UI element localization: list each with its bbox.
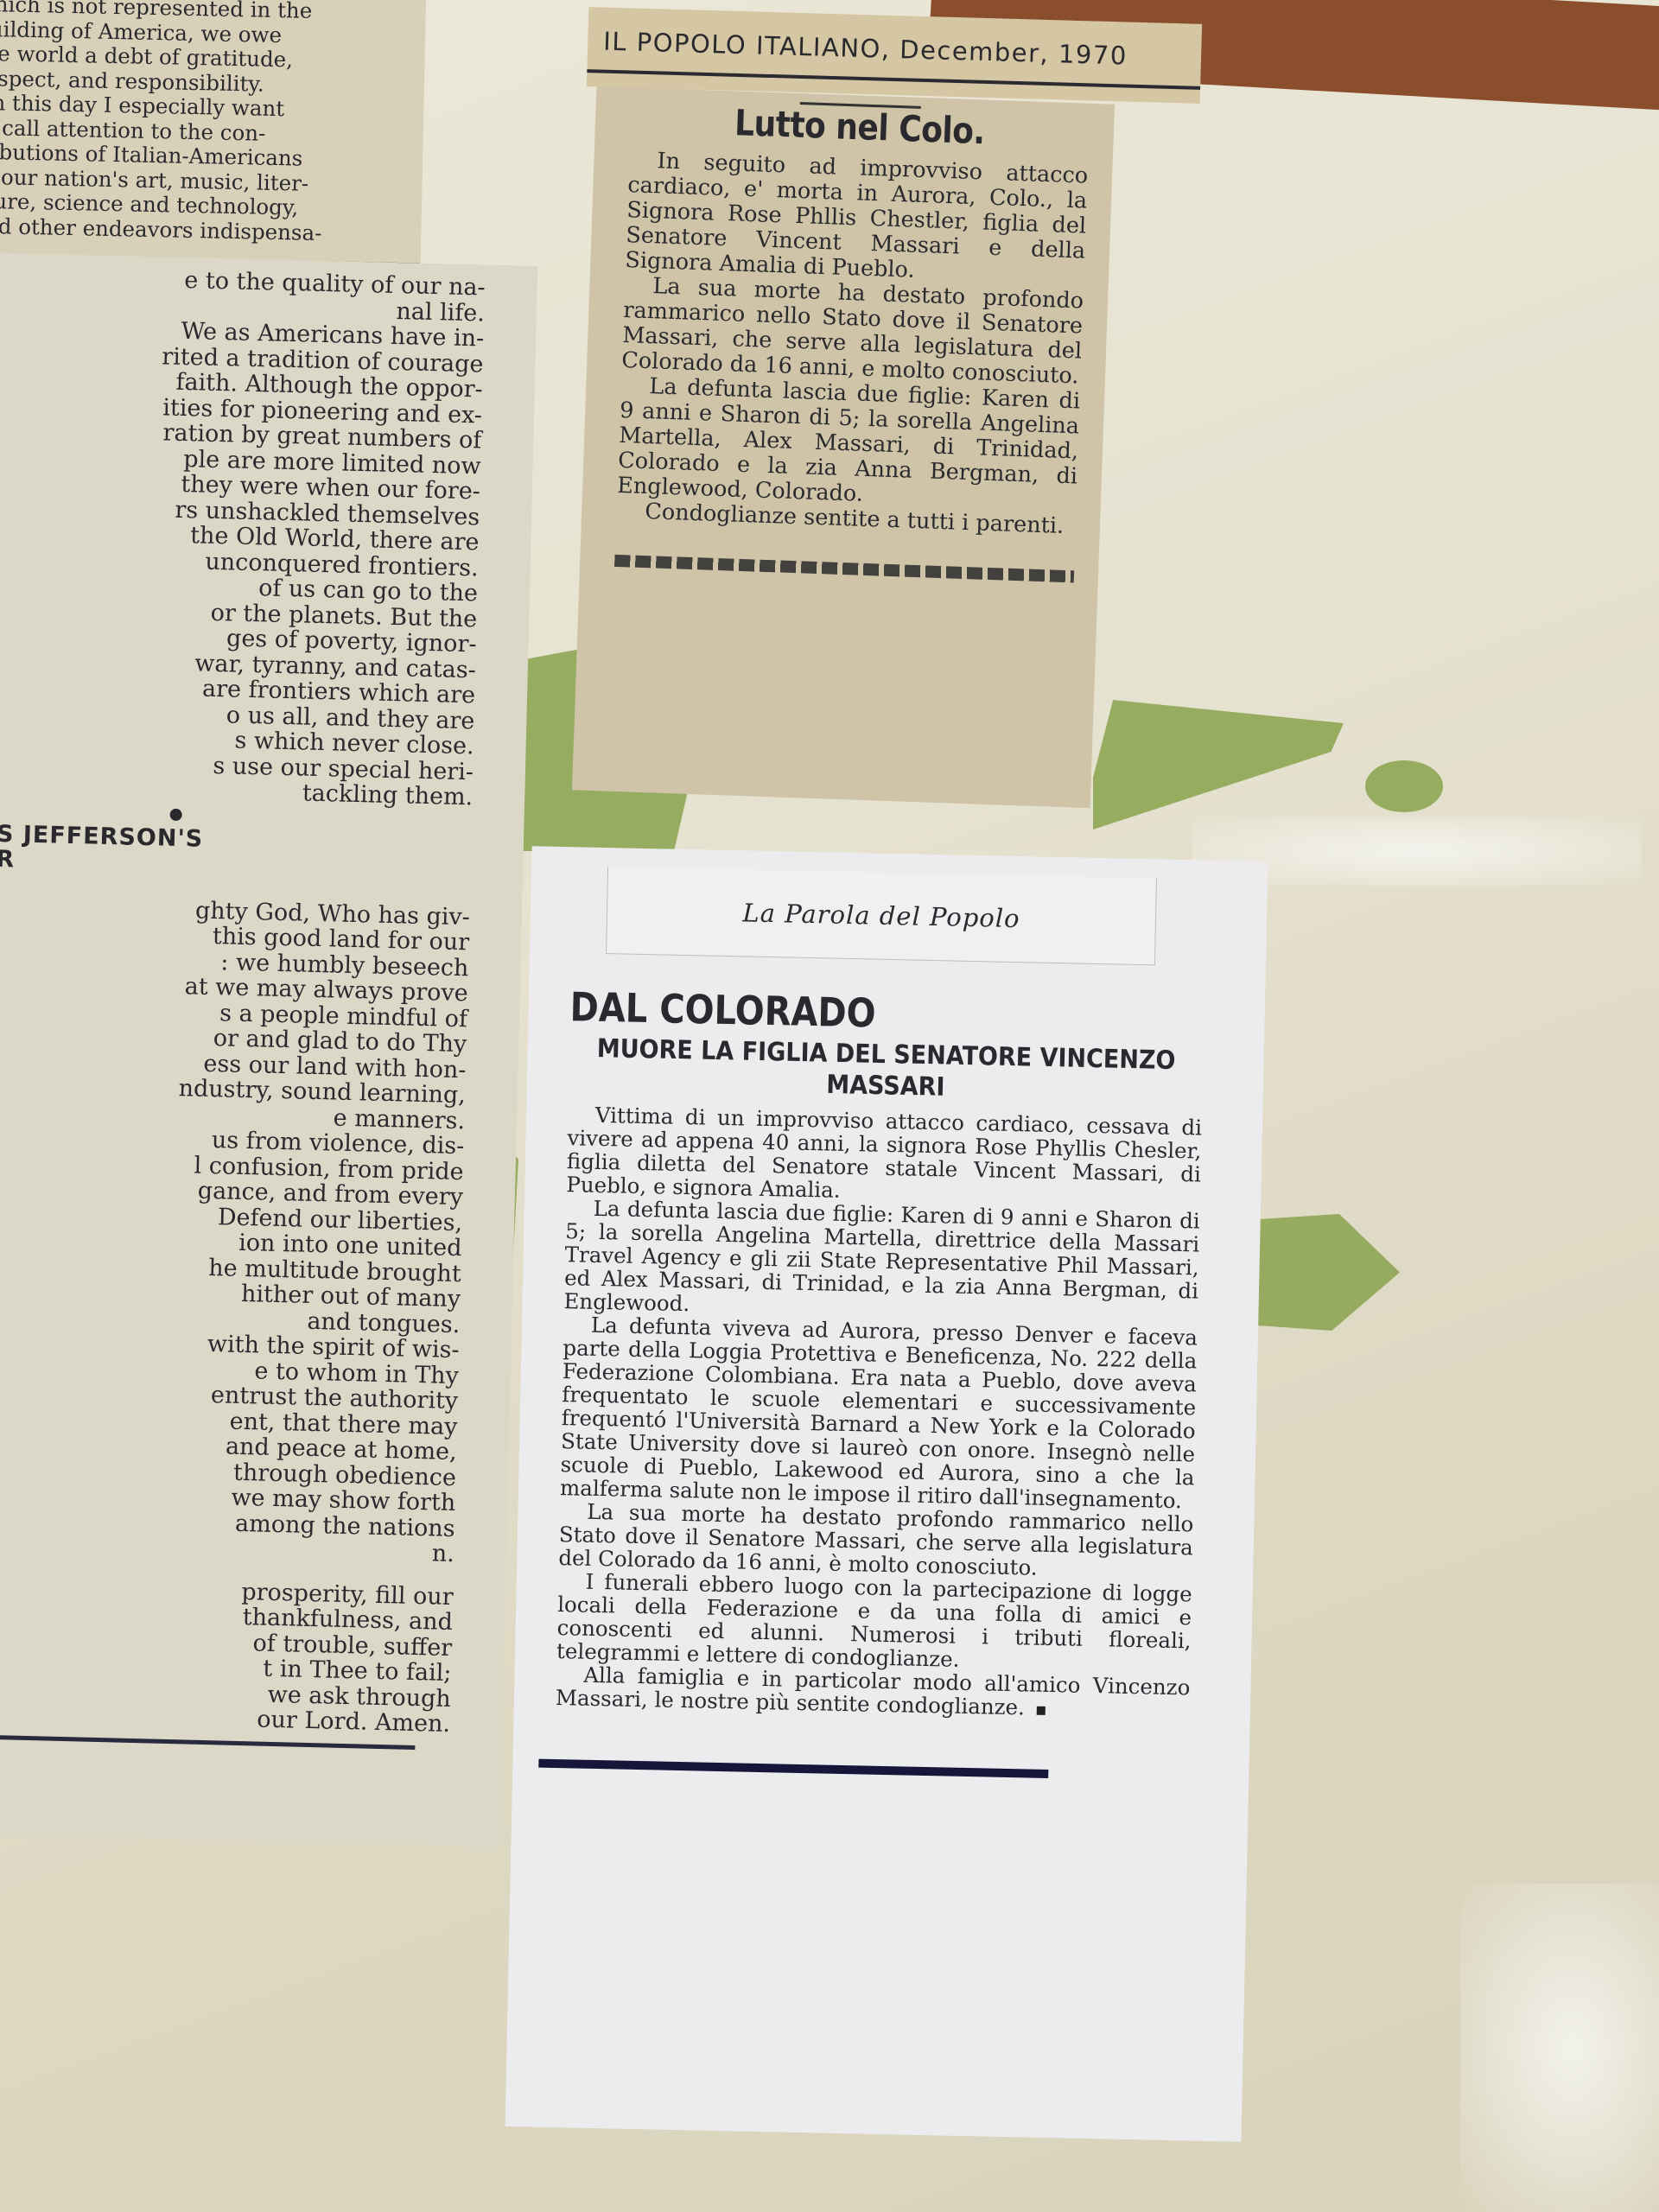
lutto-clipping: Lutto nel Colo. In seguito ad improvviso… [572, 86, 1115, 808]
article-paragraph: La defunta lascia due figlie: Karen di 9… [563, 1196, 1200, 1325]
left-clipping-top: which is not represented in thebuilding … [0, 0, 426, 266]
article-paragraph: La defunta lascia due figlie: Karen di 9… [617, 373, 1081, 514]
article-paragraph: In seguito ad improvviso attacco cardiac… [625, 148, 1089, 289]
green-felt-patch [1093, 700, 1344, 829]
left-clipping-main: e to the quality of our na-nal life.We a… [0, 253, 537, 1847]
article-title: Lutto nel Colo. [629, 105, 1090, 150]
ornamental-border [614, 555, 1074, 583]
masthead: La Parola del Popolo [606, 867, 1157, 965]
header-rule [587, 69, 1200, 90]
bullet-separator [169, 808, 181, 820]
column-rule [0, 1734, 415, 1750]
end-of-article-mark [1037, 1707, 1046, 1715]
green-felt-patch [1249, 1214, 1400, 1331]
article-paragraph: I funerali ebbero luogo con la partecipa… [556, 1569, 1192, 1675]
article-headline: MUORE LA FIGLIA DEL SENATORE VINCENZO MA… [569, 1033, 1204, 1109]
article-paragraph: La defunta viveva ad Aurora, presso Denv… [560, 1313, 1198, 1512]
section-heading: DAL COLORADO [569, 995, 1204, 1034]
article-paragraph: La sua morte ha destato profondo rammari… [621, 273, 1084, 389]
article-paragraph: Vittima di un improvviso attacco cardiac… [566, 1103, 1202, 1209]
green-felt-patch [1365, 760, 1443, 812]
white-paper-remnant [1460, 1884, 1659, 2212]
newspaper-name-date: IL POPOLO ITALIANO, December, 1970 [603, 27, 1128, 71]
article-end-rule [538, 1759, 1048, 1778]
parola-clipping: La Parola del Popolo DAL COLORADO MUORE … [505, 846, 1268, 2142]
